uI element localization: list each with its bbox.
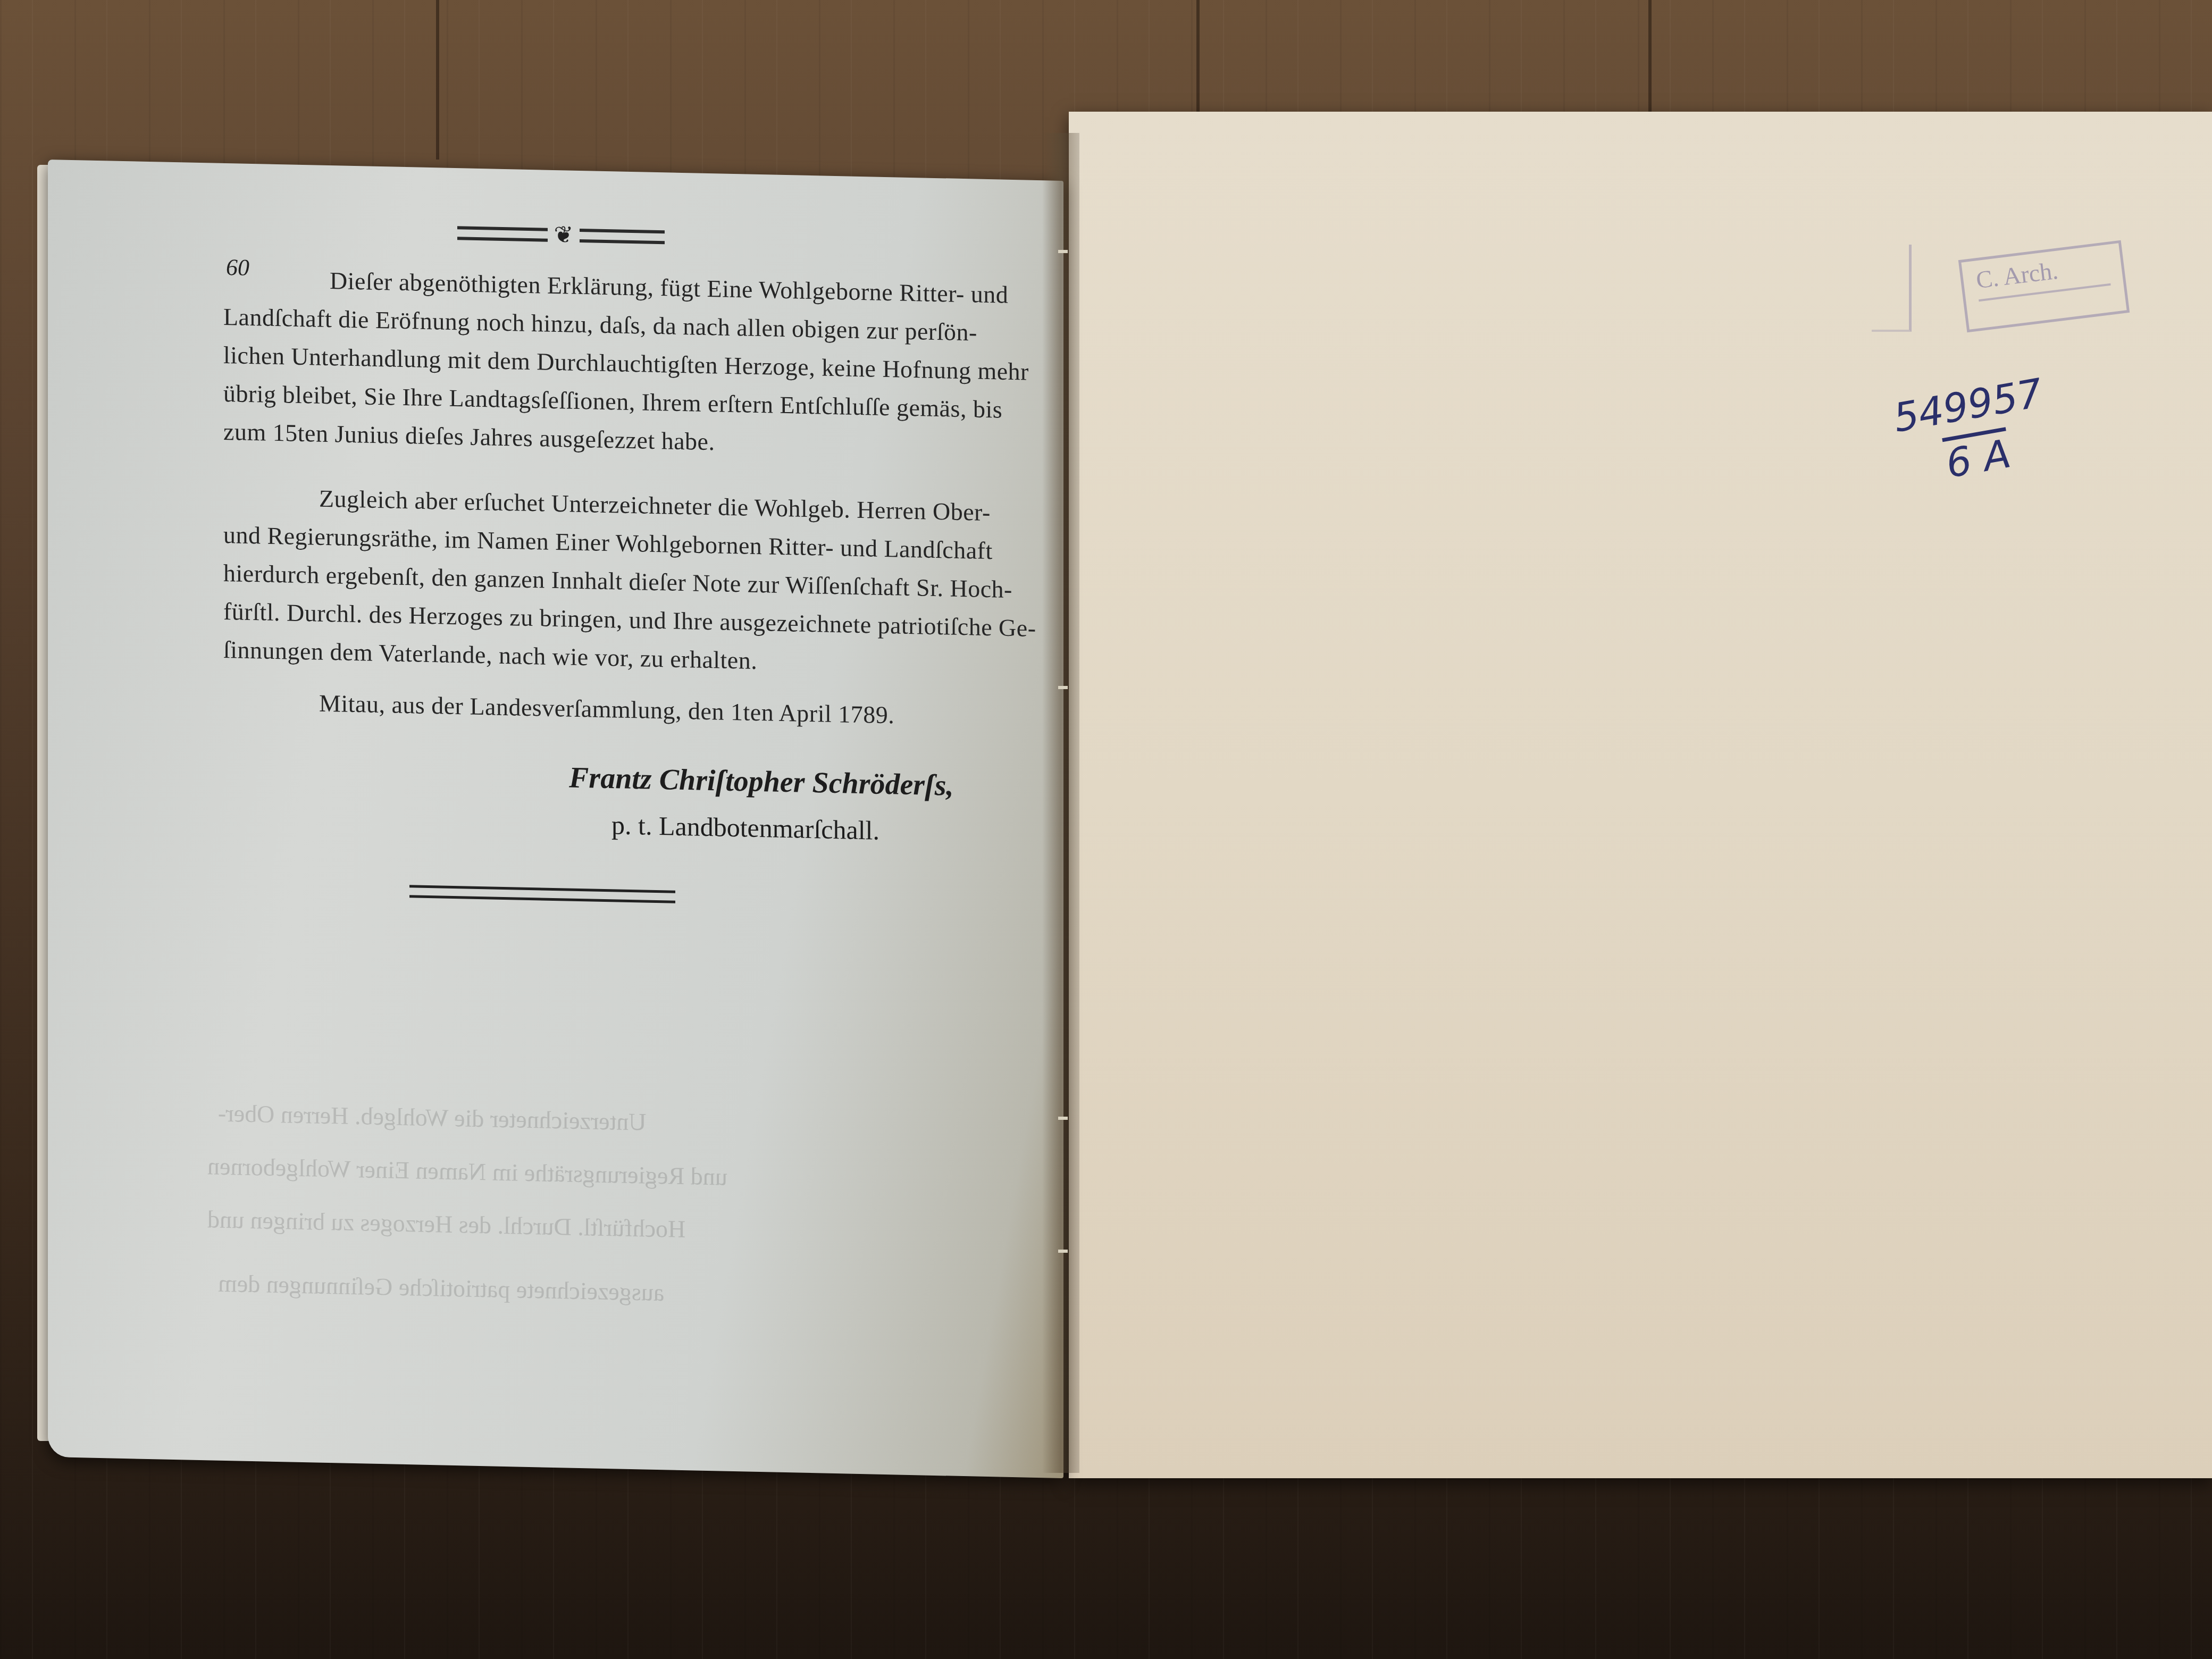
header-ornament: ❦	[457, 221, 665, 249]
text-line: lichen Unterhandlung mit dem Durchlaucht…	[223, 341, 1029, 386]
book-spine	[1042, 133, 1079, 1473]
binding-stitch	[1058, 686, 1068, 689]
show-through-text: und Regierungsräthe im Namen Einer Wohlg…	[207, 1152, 727, 1191]
signature-name: Frantz Chriſtopher Schröderſs,	[569, 761, 954, 803]
page-number: 60	[226, 254, 249, 281]
text-line: und Regierungsräthe, im Namen Einer Wohl…	[223, 521, 993, 565]
binding-stitch	[1058, 1250, 1068, 1253]
binding-stitch	[1058, 1117, 1068, 1120]
text-line: ſinnungen dem Vaterlande, nach wie vor, …	[223, 635, 757, 675]
text-line: fürſtl. Durchl. des Herzoges zu bringen,…	[223, 597, 1036, 642]
text-line: übrig bleibet, Sie Ihre Landtagsſeſſione…	[223, 379, 1002, 424]
left-page: Unterzeichneter die Wohlgeb. Herren Ober…	[48, 160, 1063, 1478]
open-book: Unterzeichneter die Wohlgeb. Herren Ober…	[0, 0, 2212, 1659]
text-line: zum 15ten Junius dieſes Jahres ausgeſezz…	[223, 417, 715, 456]
text-line: hierdurch ergebenſt, den ganzen Innhalt …	[223, 559, 1012, 604]
binding-stitch	[1058, 250, 1068, 253]
show-through-text: ausgezeichnete patriotiſche Geſinnungen …	[218, 1269, 664, 1307]
text-line: Dieſer abgenöthigten Erklärung, fügt Ein…	[330, 266, 1008, 309]
faint-stamp-mark	[1872, 245, 1912, 332]
dateline: Mitau, aus der Landesverſammlung, den 1t…	[319, 689, 894, 730]
closing-rule	[409, 885, 675, 903]
show-through-text: Unterzeichneter die Wohlgeb. Herren Ober…	[218, 1099, 647, 1136]
show-through-text: Hochfürſtl. Durchl. des Herzoges zu brin…	[207, 1205, 685, 1243]
text-line: Landſchaft die Eröfnung noch hinzu, daſs…	[223, 303, 977, 347]
signature-title: p. t. Landbotenmarſchall.	[611, 809, 879, 846]
text-line: Zugleich aber erſuchet Unterzeichneter d…	[319, 484, 991, 526]
